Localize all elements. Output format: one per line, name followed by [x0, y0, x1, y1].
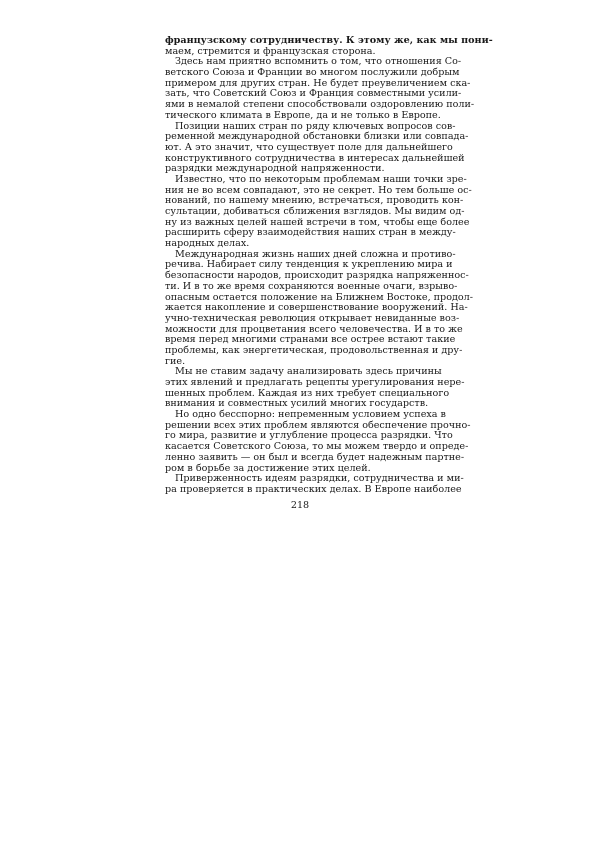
text-line: ти. И в то же время сохраняются военные …	[165, 282, 436, 293]
text-line: ленно заявить — он был и всегда будет на…	[165, 453, 436, 464]
text-line: учно-техническая революция открывает нев…	[165, 314, 436, 325]
page-number: 218	[0, 500, 600, 511]
text-line: ра проверяется в практических делах. В Е…	[165, 485, 436, 496]
page-body: французскому сотрудничеству. К этому же,…	[165, 36, 436, 496]
text-line: тического климата в Европе, да и не толь…	[165, 111, 436, 122]
text-line: проблемы, как энергетическая, продовольс…	[165, 346, 436, 357]
text-line: ют. А это значит, что существует поле дл…	[165, 143, 436, 154]
